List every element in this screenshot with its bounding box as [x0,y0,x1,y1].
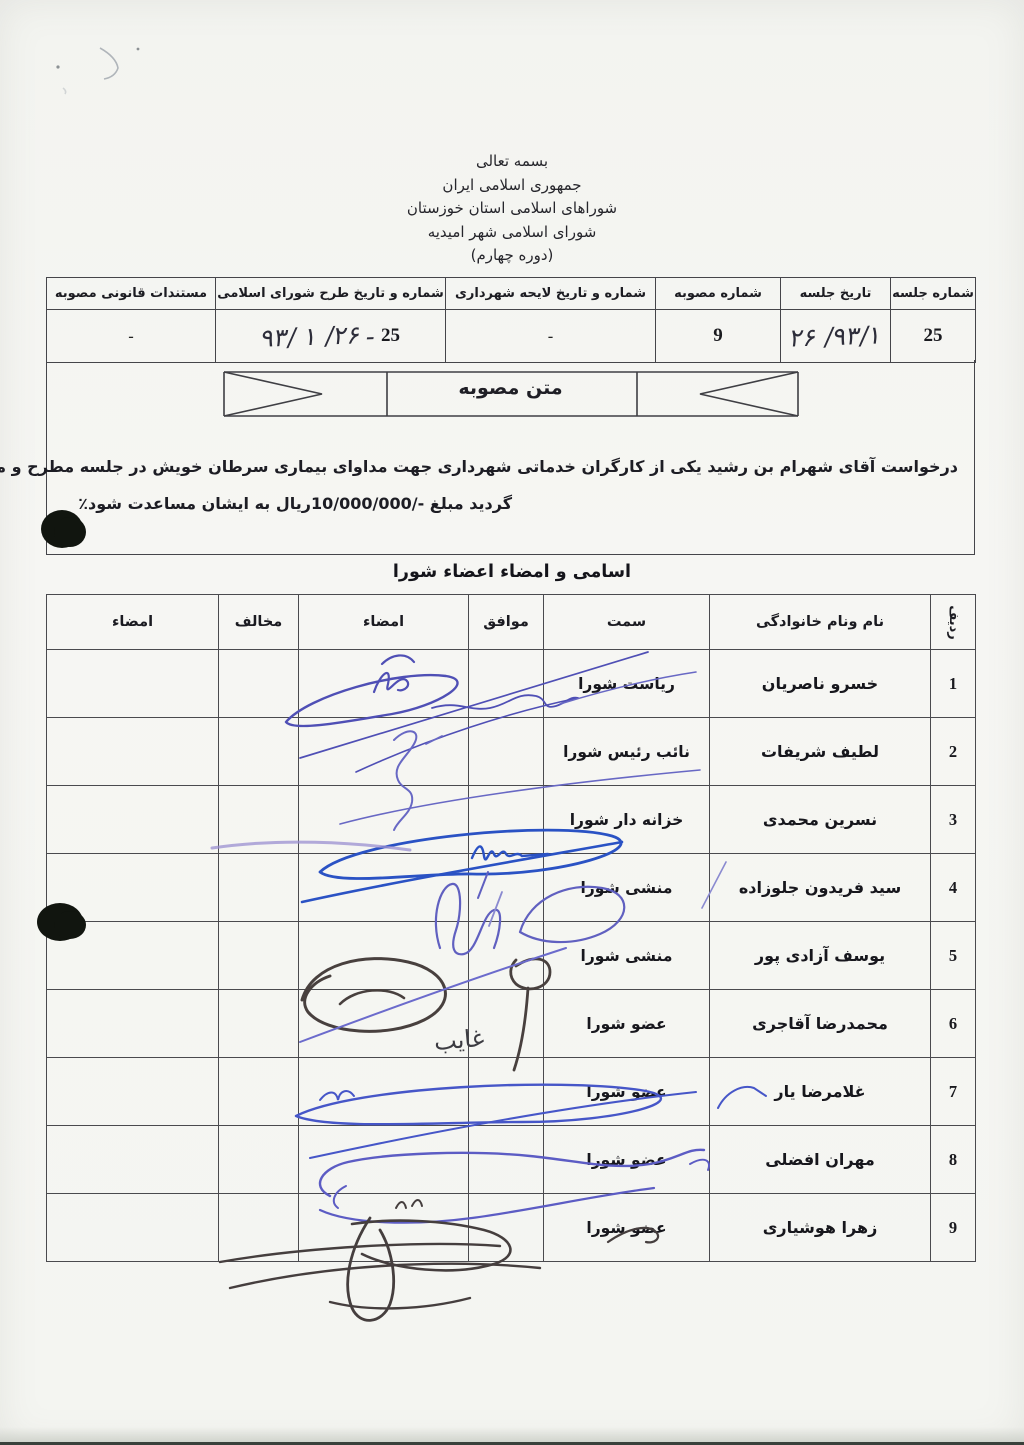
scanned-document-page: بسمه تعالی جمهوری اسلامی ایران شوراهای ا… [0,0,1024,1445]
oppose-cell [219,650,299,718]
session-date-value: ۹۳/۱/ ۲۶ [781,310,891,363]
agree-header: موافق [469,595,544,650]
session-no-header: شماره جلسه [891,278,976,310]
signature-oppose-cell [47,1194,219,1262]
city-council-line: شورای اسلامی شهر امیدیه [0,221,1024,245]
term-line: (دوره چهارم) [0,244,1024,268]
session-date-header: تاریخ جلسه [781,278,891,310]
signature-agree-cell [299,1058,469,1126]
signature-oppose-cell [47,1126,219,1194]
info-header-row: شماره جلسه تاریخ جلسه شماره مصوبه شماره … [47,278,976,310]
row-no-header: ردیف [931,595,976,650]
signature-oppose-cell [47,1058,219,1126]
council-plan-value: ۹۳/ ۱ /۲۶ - 25 [216,310,446,363]
position-header: سمت [544,595,710,650]
signature-agree-cell [299,1126,469,1194]
signature-agree-cell [299,718,469,786]
session-info-table: شماره جلسه تاریخ جلسه شماره مصوبه شماره … [46,277,976,363]
handwritten-session-date: ۹۳/۱/ ۲۶ [787,320,883,352]
member-row: 2 لطیف شریفات نائب رئیس شورا [47,718,976,786]
oppose-cell [219,1126,299,1194]
municipality-bill-header: شماره و تاریخ لایحه شهرداری [446,278,656,310]
oppose-cell [219,922,299,990]
oppose-cell [219,990,299,1058]
agree-cell [469,854,544,922]
session-no-value: 25 [891,310,976,363]
signature-oppose-cell [47,650,219,718]
plan-number: 25 [381,325,400,347]
handwritten-plan-date: ۹۳/ ۱ /۲۶ [259,320,363,353]
agree-cell [469,1058,544,1126]
member-row: 3 نسرین محمدی خزانه دار شورا [47,786,976,854]
agree-cell [469,1194,544,1262]
agree-cell [469,786,544,854]
members-section-title: اسامی و امضاء اعضاء شورا [0,562,1024,582]
signature-agree-cell [299,922,469,990]
document-letterhead: بسمه تعالی جمهوری اسلامی ایران شوراهای ا… [0,150,1024,268]
council-plan-header: شماره و تاریخ طرح شورای اسلامی [216,278,446,310]
member-row: 6 محمدرضا آقاجری عضو شورا [47,990,976,1058]
country-line: جمهوری اسلامی ایران [0,174,1024,198]
municipality-bill-value: - [446,310,656,363]
legal-docs-value: - [47,310,216,363]
member-row: 5 یوسف آزادی پور منشی شورا [47,922,976,990]
agree-cell [469,650,544,718]
full-name-header: نام ونام خانوادگی [710,595,931,650]
oppose-cell [219,1194,299,1262]
besmele-line: بسمه تعالی [0,150,1024,174]
resolution-banner-title: متن مصوبه [458,377,562,399]
signature-oppose-header: امضاء [47,595,219,650]
resolution-no-header: شماره مصوبه [656,278,781,310]
signature-oppose-cell [47,922,219,990]
pen-scratch-mark [56,48,139,94]
signature-agree-cell [299,854,469,922]
resolution-box: متن مصوبه درخواست آقای شهرام بن رشید یکی… [46,360,975,555]
member-row: 9 زهرا هوشیاری عضو شورا [47,1194,976,1262]
signature-oppose-cell [47,854,219,922]
agree-cell [469,718,544,786]
signature-agree-cell [299,786,469,854]
member-row: 8 مهران افضلی عضو شورا [47,1126,976,1194]
signature-agree-header: امضاء [299,595,469,650]
signature-oppose-cell [47,786,219,854]
info-value-row: 25 ۹۳/۱/ ۲۶ 9 - ۹۳/ ۱ /۲۶ - 25 - [47,310,976,363]
signature-agree-cell [299,650,469,718]
resolution-body-line1: درخواست آقای شهرام بن رشید یکی از کارگرا… [63,457,958,476]
province-line: شوراهای اسلامی استان خوزستان [0,197,1024,221]
oppose-cell [219,786,299,854]
member-row: 1 خسرو ناصریان ریاست شورا [47,650,976,718]
absent-handwritten-note: غایب [433,1024,485,1056]
resolution-no-value: 9 [656,310,781,363]
members-signature-table: ردیف نام ونام خانوادگی سمت موافق امضاء م… [46,594,976,1262]
oppose-cell [219,1058,299,1126]
oppose-cell [219,854,299,922]
member-row: 7 غلامرضا یار عضو شورا [47,1058,976,1126]
resolution-body-line2: گردید مبلغ -/10/000/000ریال به ایشان مسا… [78,494,512,513]
agree-cell [469,922,544,990]
scan-edge-shadow [0,1427,1024,1443]
agree-cell [469,1126,544,1194]
signature-oppose-cell [47,718,219,786]
handwritten-plan-dash: - [364,321,378,351]
signature-agree-cell [299,1194,469,1262]
oppose-cell [219,718,299,786]
signature-oppose-cell [47,990,219,1058]
oppose-header: مخالف [219,595,299,650]
members-header-row: ردیف نام ونام خانوادگی سمت موافق امضاء م… [47,595,976,650]
member-row: 4 سید فریدون جلوزاده منشی شورا [47,854,976,922]
legal-docs-header: مستندات قانونی مصوبه [47,278,216,310]
